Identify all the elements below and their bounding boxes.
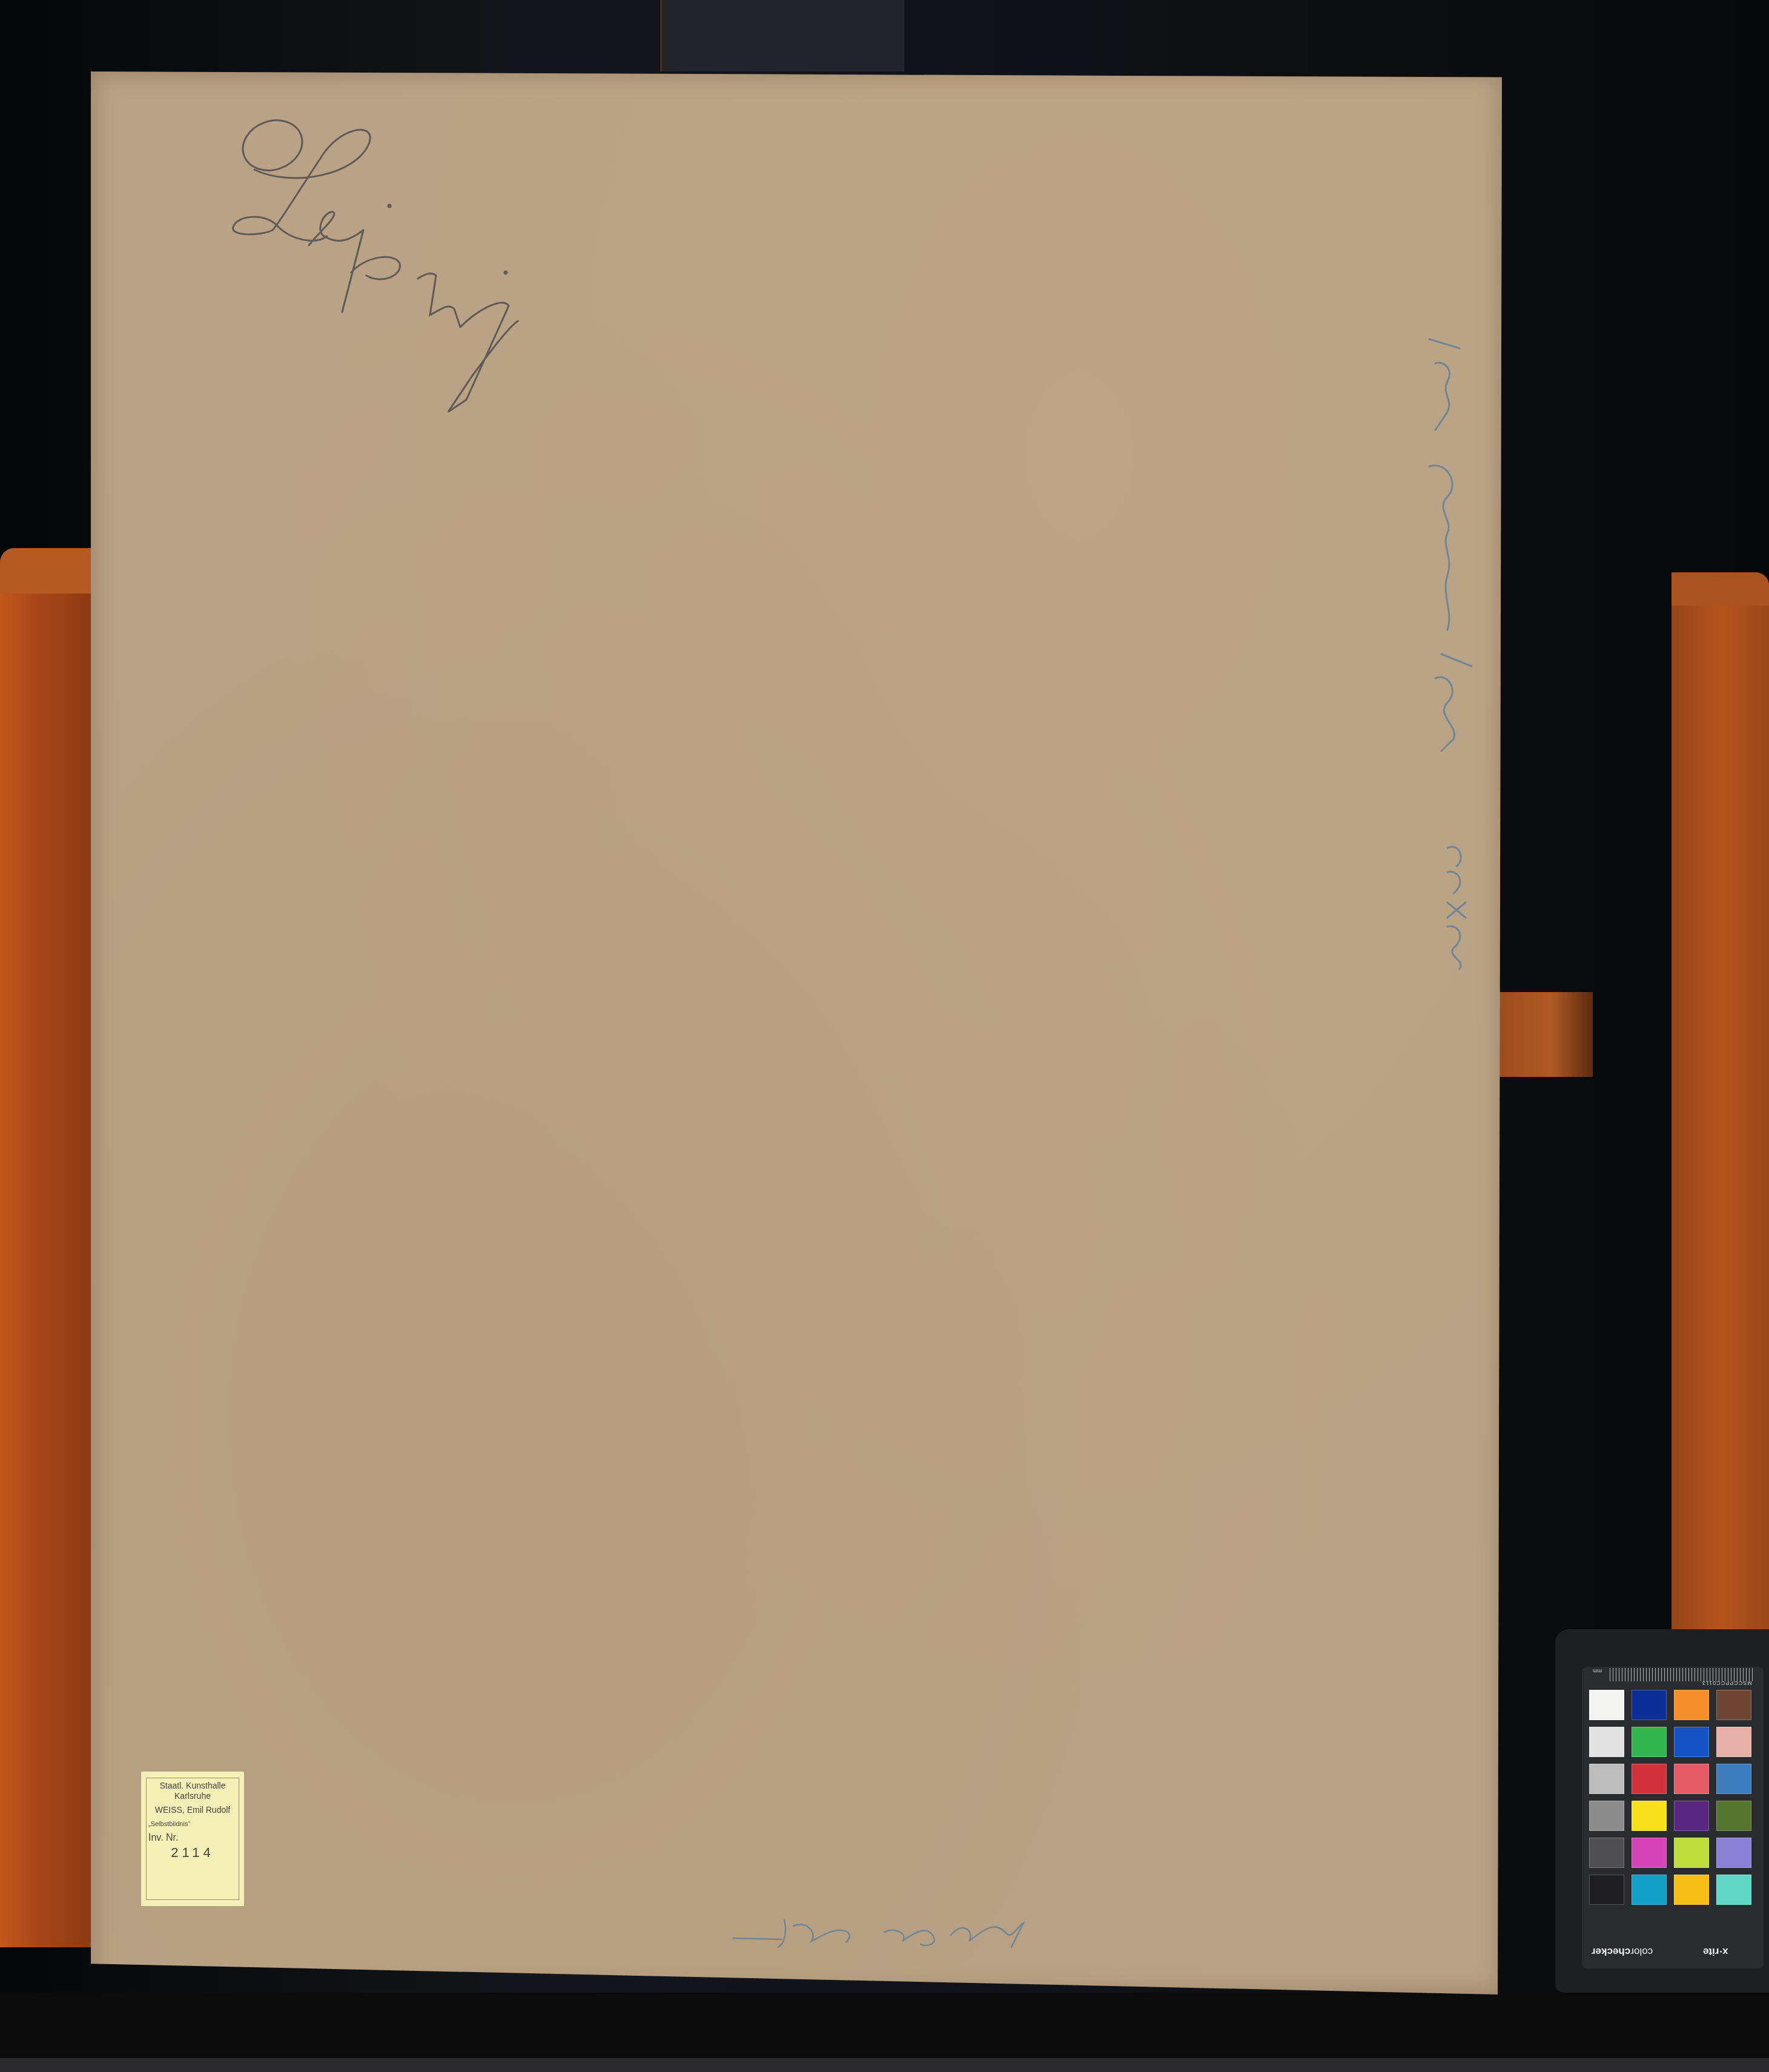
- color-swatch: [1716, 1801, 1751, 1831]
- color-swatch: [1674, 1801, 1709, 1831]
- museum-inventory-label: Staatl. Kunsthalle Karlsruhe WEISS, Emil…: [141, 1771, 245, 1907]
- easel-right-post: [1671, 572, 1769, 1644]
- label-inv-caption: Inv. Nr.: [148, 1833, 237, 1844]
- color-swatch: [1632, 1838, 1667, 1868]
- color-swatch: [1632, 1875, 1667, 1905]
- xrite-logo: x·rite: [1703, 1945, 1728, 1958]
- color-swatch: [1716, 1727, 1751, 1757]
- color-swatch: [1589, 1764, 1624, 1794]
- color-swatch: [1674, 1875, 1709, 1905]
- color-swatch: [1716, 1764, 1751, 1794]
- color-swatch: [1632, 1690, 1667, 1720]
- colorchecker-wordmark: colorchecker: [1592, 1945, 1653, 1958]
- mm-ruler: [1610, 1668, 1755, 1681]
- color-swatch: [1589, 1801, 1624, 1831]
- ruler-unit: mm: [1593, 1668, 1602, 1674]
- color-swatch: [1589, 1875, 1624, 1905]
- easel-right-post-cap: [1671, 572, 1769, 606]
- color-swatch: [1674, 1764, 1709, 1794]
- label-title: „Selbstbildnis“: [148, 1821, 237, 1828]
- color-swatch: [1674, 1727, 1709, 1757]
- label-artist: WEISS, Emil Rudolf: [148, 1805, 237, 1815]
- color-swatch: [1589, 1690, 1624, 1720]
- color-swatch: [1674, 1690, 1709, 1720]
- label-institution-line1: Staatl. Kunsthalle: [148, 1781, 237, 1791]
- dimensions-blue-pencil-inscription: Unsere Arbeitsgemeinschaft ... 50x68: [1411, 327, 1484, 981]
- color-swatch: [1674, 1838, 1709, 1868]
- color-swatch: [1589, 1838, 1624, 1868]
- easel-left-post-cap: [0, 548, 91, 594]
- checker-serial: MSCCPPCC0113: [1702, 1680, 1752, 1686]
- color-swatch: [1716, 1875, 1751, 1905]
- easel-top-clamp: [660, 0, 904, 71]
- color-swatch: [1716, 1838, 1751, 1868]
- label-institution-line2: Karlsruhe: [148, 1791, 237, 1801]
- bottom-blue-pencil-inscription: illegible inscription (upside down): [727, 1908, 1114, 1950]
- color-swatch: [1716, 1690, 1751, 1720]
- color-swatch: [1632, 1764, 1667, 1794]
- easel-left-post: [0, 548, 91, 1947]
- label-inv-number: 2114: [148, 1845, 237, 1861]
- color-swatch: [1632, 1801, 1667, 1831]
- leipzig-pencil-inscription: Leipzig: [218, 109, 715, 521]
- color-swatch: [1632, 1727, 1667, 1757]
- color-swatch-grid: [1589, 1690, 1759, 1908]
- floor-edge: [0, 2058, 1769, 2072]
- easel-crossbar: [1490, 992, 1593, 1077]
- color-swatch: [1589, 1727, 1624, 1757]
